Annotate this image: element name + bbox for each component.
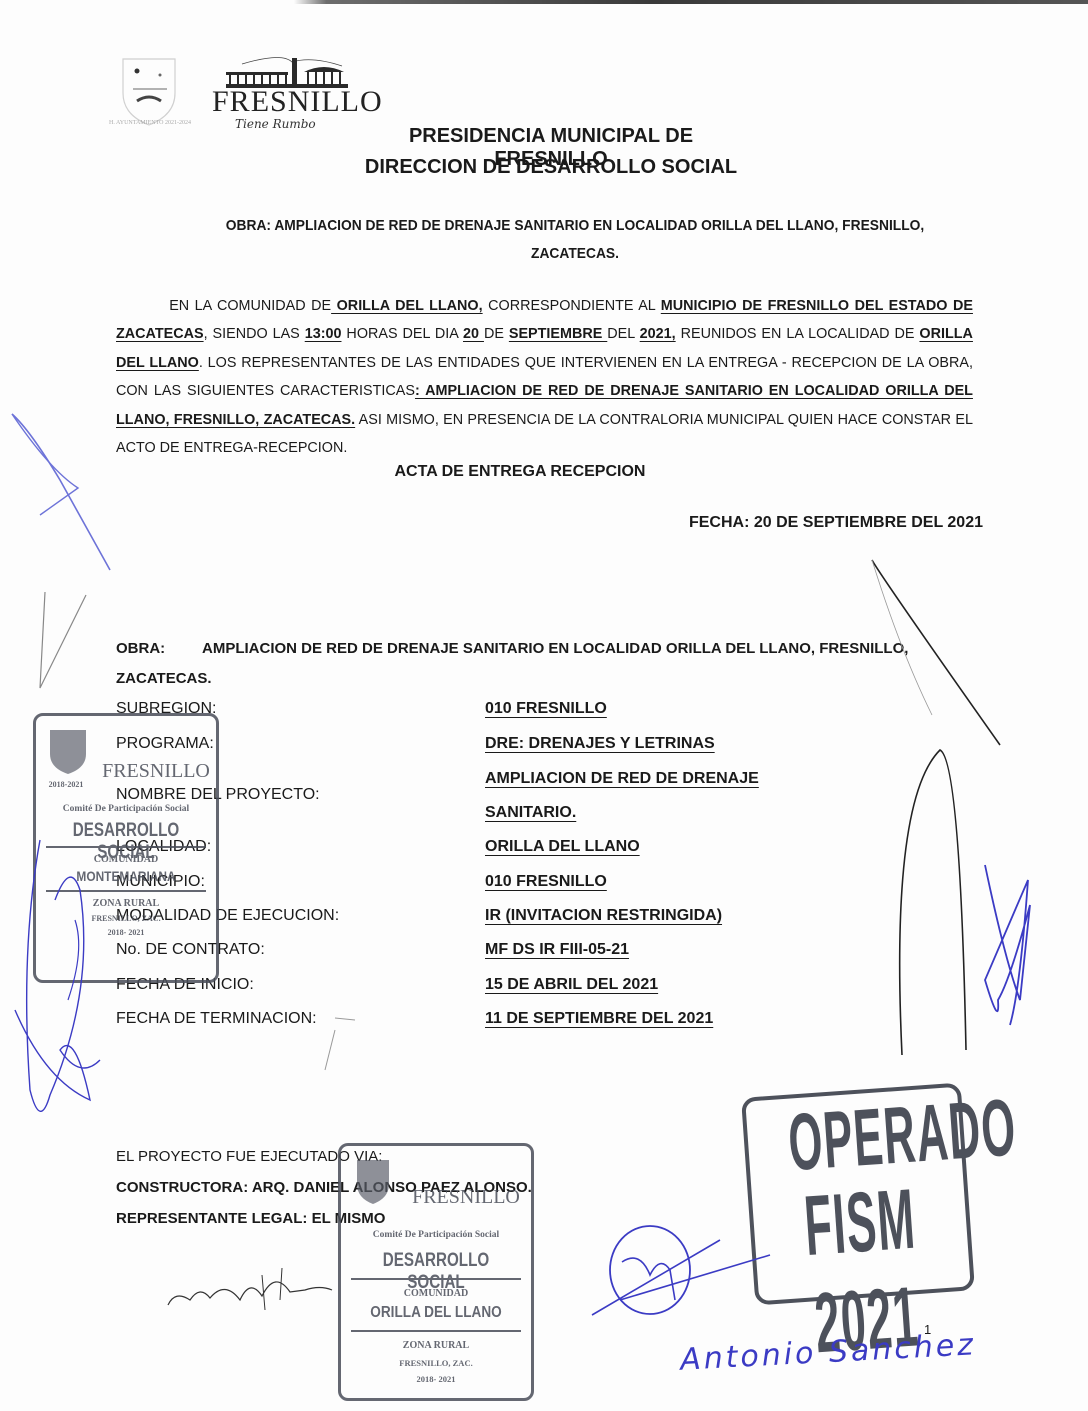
- obra-value: AMPLIACION DE RED DE DRENAJE SANITARIO E…: [116, 640, 908, 687]
- stamp-brand: FRESNILLO: [401, 1186, 531, 1209]
- field-row: No. DE CONTRATO:MF DS IR FIII-05-21: [116, 941, 876, 969]
- para-text: EN LA COMUNIDAD DE: [169, 298, 331, 314]
- crest-caption: H. AYUNTAMIENTO 2021-2024: [108, 120, 192, 127]
- field-label: FECHA DE TERMINACION:: [116, 1010, 317, 1028]
- field-row: FECHA DE INICIO:15 DE ABRIL DEL 2021: [116, 976, 876, 1004]
- para-text: DE: [484, 326, 509, 342]
- field-value: MF DS IR FIII-05-21: [485, 941, 629, 959]
- field-value: SANITARIO.: [485, 804, 576, 822]
- stamp-place: FRESNILLO, ZAC.: [36, 914, 216, 923]
- committee-stamp-montemariana: 2018-2021 FRESNILLO Comité De Participac…: [33, 713, 219, 983]
- obra-title: OBRA: AMPLIACION DE RED DE DRENAJE SANIT…: [184, 212, 966, 268]
- stamp-period: 2018- 2021: [341, 1374, 531, 1384]
- obra-detail: OBRA:AMPLIACION DE RED DE DRENAJE SANITA…: [116, 634, 996, 694]
- field-row: SANITARIO.: [116, 804, 876, 832]
- stamp-community: MONTEMARIANA: [50, 868, 203, 884]
- committee-stamp-orilla-del-llano: FRESNILLO Comité De Participación Social…: [338, 1143, 534, 1401]
- para-day: 20: [463, 326, 484, 342]
- stamp-zone: ZONA RURAL: [341, 1340, 531, 1351]
- field-value: 11 DE SEPTIEMBRE DEL 2021: [485, 1010, 713, 1028]
- field-row: PROGRAMA: DRE: DRENAJES Y LETRINAS: [116, 735, 876, 763]
- stamp-community: ORILLA DEL LLANO: [355, 1304, 517, 1322]
- stamp-zone: ZONA RURAL: [36, 898, 216, 909]
- stamp-community-label: COMUNIDAD: [341, 1288, 531, 1299]
- crest-icon: [46, 726, 90, 776]
- fresnillo-logo-tagline: Tiene Rumbo: [235, 117, 316, 131]
- para-year: 2021,: [640, 326, 676, 342]
- field-value: IR (INVITACION RESTRINGIDA): [485, 907, 722, 925]
- para-month: SEPTIEMBRE: [509, 326, 607, 342]
- stamp-place: FRESNILLO, ZAC.: [341, 1358, 531, 1368]
- para-text: HORAS DEL DIA: [341, 326, 463, 342]
- scan-top-edge: [0, 0, 1088, 4]
- acta-heading: ACTA DE ENTREGA RECEPCION: [300, 463, 740, 481]
- field-value: AMPLIACION DE RED DE DRENAJE: [485, 770, 759, 788]
- stamp-period: 2018- 2021: [36, 928, 216, 937]
- para-text: REUNIDOS EN LA LOCALIDAD DE: [676, 326, 920, 342]
- crest-icon: [353, 1156, 393, 1206]
- fresnillo-logo-wordmark: FRESNILLO: [212, 85, 383, 119]
- para-time: 13:00: [305, 326, 342, 342]
- intro-paragraph: EN LA COMUNIDAD DE ORILLA DEL LLANO, COR…: [116, 292, 973, 462]
- field-value: 010 FRESNILLO: [485, 873, 607, 891]
- header-subtitle: DIRECCION DE DESARROLLO SOCIAL: [356, 156, 746, 179]
- para-text: CORRESPONDIENTE AL: [483, 298, 661, 314]
- para-community: ORILLA DEL LLANO,: [331, 298, 483, 314]
- para-text: DEL: [607, 326, 639, 342]
- field-row: LOCALIDAD:ORILLA DEL LLANO: [116, 838, 876, 866]
- field-value: 010 FRESNILLO: [485, 700, 607, 718]
- field-value: DRE: DRENAJES Y LETRINAS: [485, 735, 715, 753]
- stamp-committee: Comité De Participación Social: [36, 804, 216, 814]
- field-value: 15 DE ABRIL DEL 2021: [485, 976, 658, 994]
- field-row: SUBREGION:010 FRESNILLO: [116, 700, 876, 728]
- field-row: NOMBRE DEL PROYECTO:AMPLIACION DE RED DE…: [116, 770, 876, 798]
- stamp-community-label: COMUNIDAD: [36, 854, 216, 865]
- field-row: MODALIDAD DE EJECUCION:IR (INVITACION RE…: [116, 907, 876, 935]
- document-date: FECHA: 20 DE SEPTIEMBRE DEL 2021: [600, 514, 983, 532]
- stamp-committee: Comité De Participación Social: [341, 1230, 531, 1240]
- stamp-years: 2018-2021: [36, 780, 96, 789]
- field-value: ORILLA DEL LLANO: [485, 838, 640, 856]
- obra-label: OBRA:: [116, 634, 202, 664]
- stamp-brand: FRESNILLO: [96, 760, 216, 783]
- operado-fism-stamp: OPERADO FISM 2021: [741, 1083, 975, 1306]
- field-row: FECHA DE TERMINACION:11 DE SEPTIEMBRE DE…: [116, 1010, 876, 1038]
- para-text: , SIENDO LAS: [204, 326, 305, 342]
- field-row: MUNICIPIO:010 FRESNILLO: [116, 873, 876, 901]
